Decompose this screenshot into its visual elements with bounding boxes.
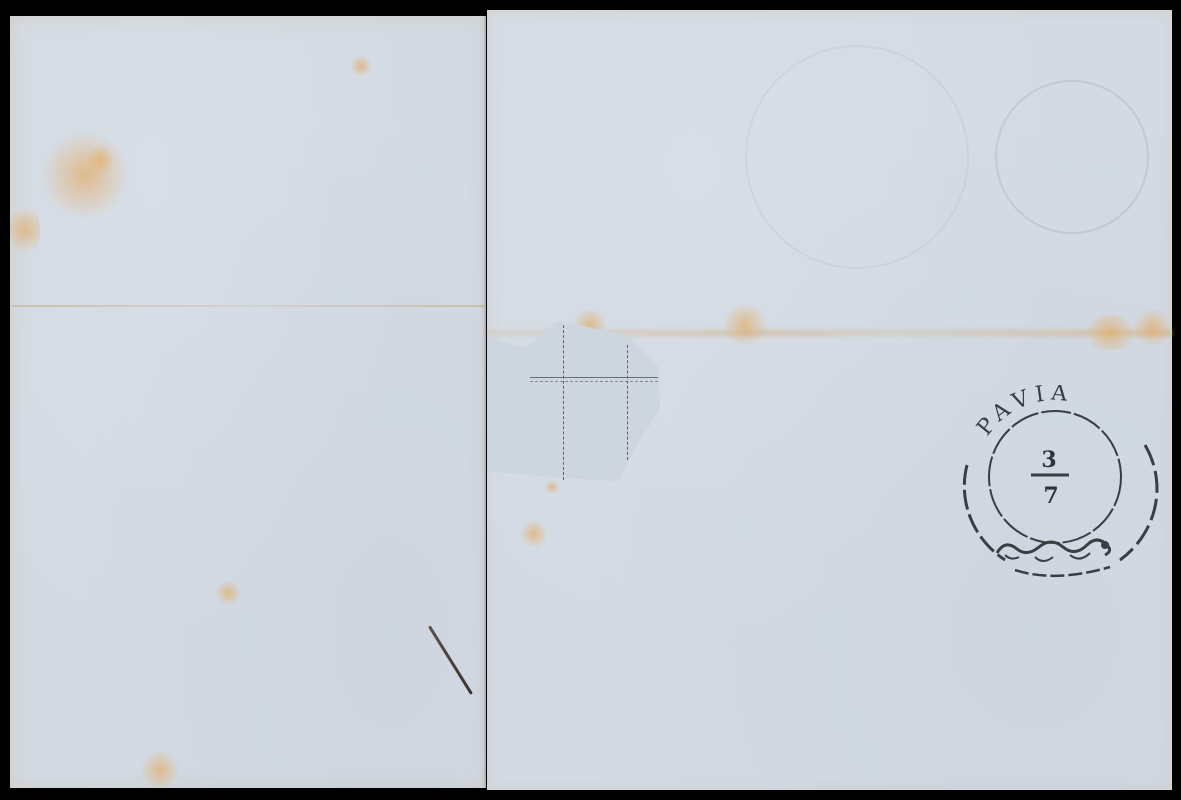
postmark-month: 7 bbox=[1043, 483, 1058, 509]
postmark-icon: PAVIA 3 7 bbox=[945, 385, 1160, 580]
grid-line bbox=[530, 381, 658, 382]
dashed-grid-line bbox=[627, 345, 628, 460]
foxing-stain bbox=[85, 145, 115, 175]
postmark-day: 3 bbox=[1041, 447, 1056, 473]
dashed-grid-line bbox=[563, 325, 564, 480]
foxing-stain bbox=[720, 305, 770, 345]
ghost-postmark-impression bbox=[995, 80, 1149, 234]
foxing-stain bbox=[545, 480, 559, 494]
grid-line bbox=[530, 377, 658, 378]
svg-text:PAVIA: PAVIA bbox=[972, 385, 1074, 441]
foxing-stain bbox=[1130, 310, 1175, 345]
foxing-stain bbox=[10, 200, 40, 260]
foxing-stain bbox=[350, 55, 372, 77]
postmark-town: PAVIA bbox=[972, 385, 1074, 441]
ghost-postmark-impression bbox=[745, 45, 969, 269]
foxing-stain bbox=[520, 520, 548, 548]
foxing-stain bbox=[215, 580, 241, 606]
foxing-stain bbox=[140, 750, 180, 790]
horizontal-fold-left bbox=[12, 305, 486, 307]
pavia-postmark: PAVIA 3 7 bbox=[945, 385, 1160, 580]
foxing-stain bbox=[40, 130, 130, 220]
